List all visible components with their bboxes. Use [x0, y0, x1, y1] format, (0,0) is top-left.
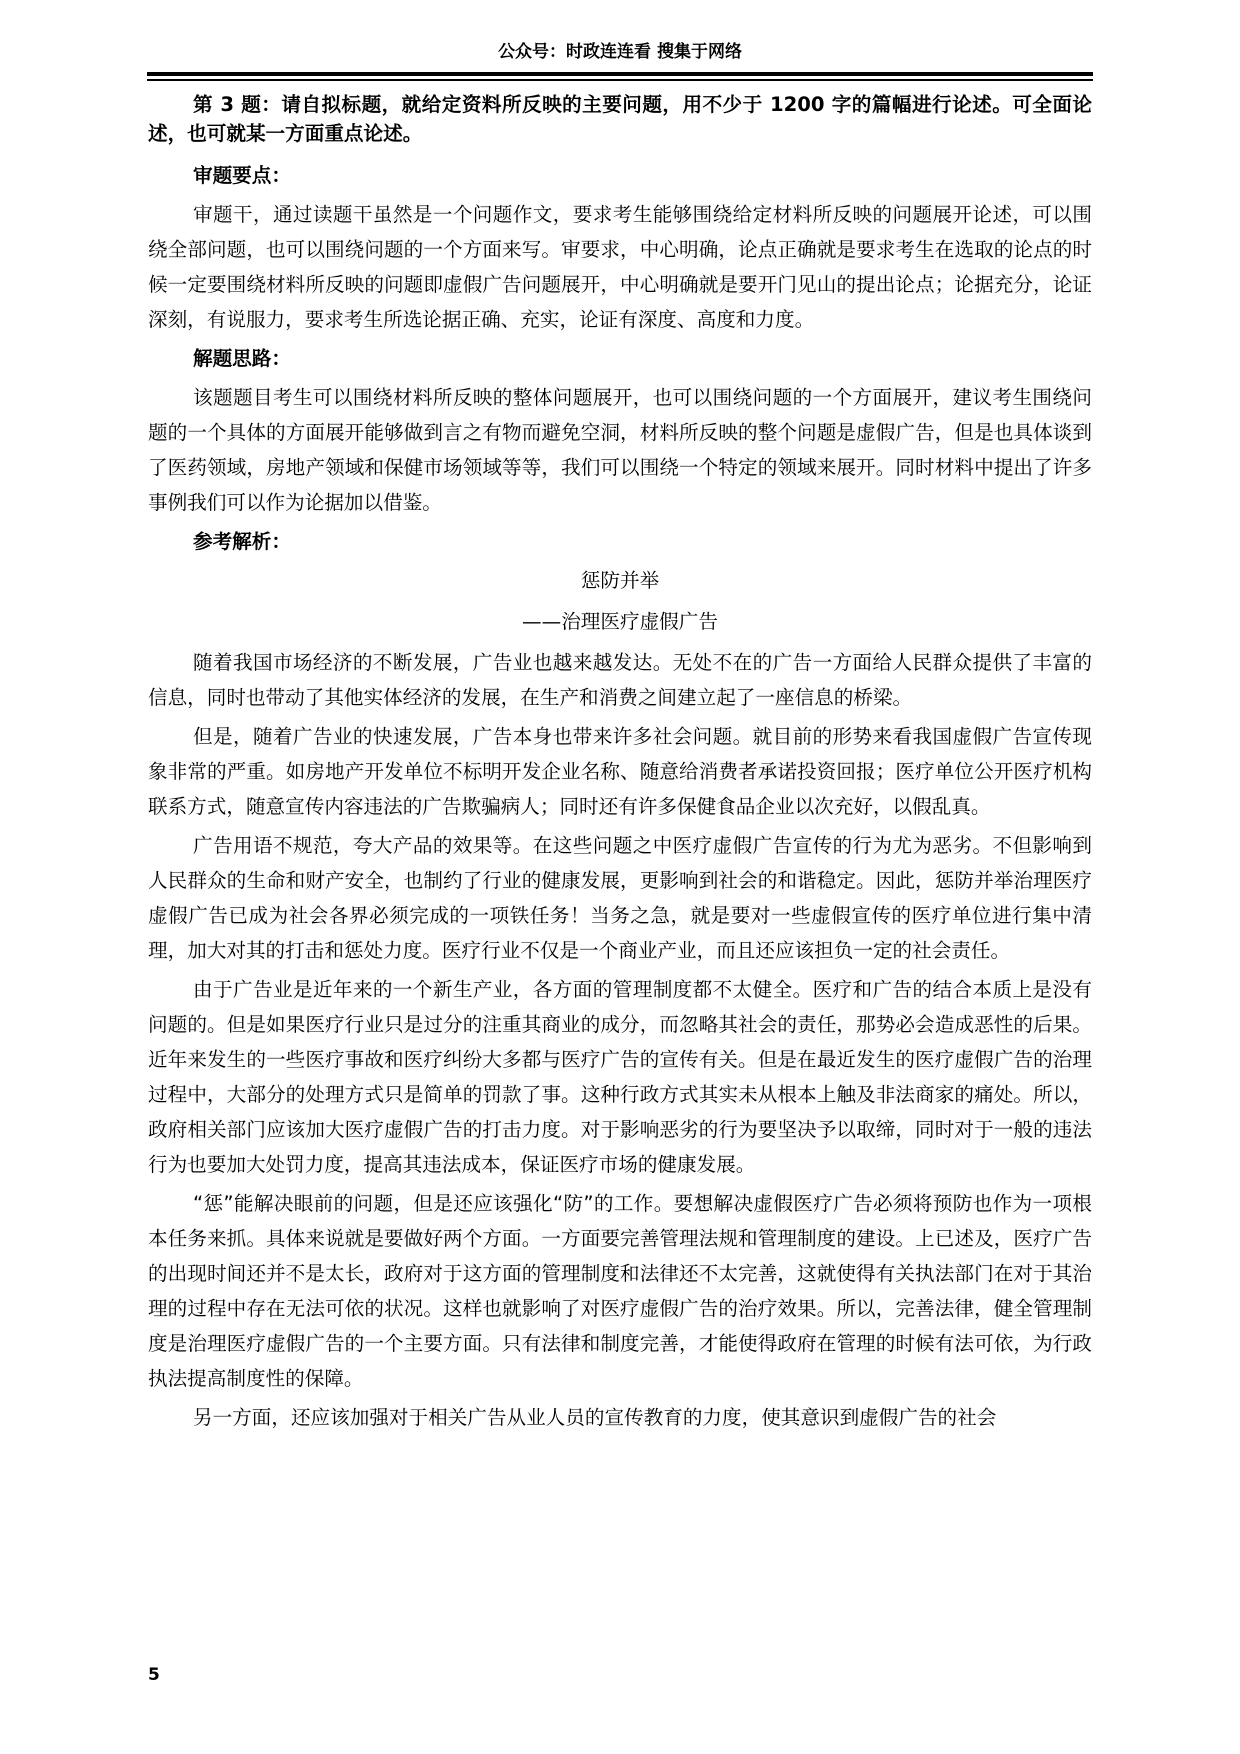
key-points-paragraph: 审题干，通过读题干虽然是一个问题作文，要求考生能够围绕给定材料所反映的问题展开论… [148, 197, 1092, 337]
essay-paragraph: 广告用语不规范，夸大产品的效果等。在这些问题之中医疗虚假广告宣传的行为尤为恶劣。… [148, 828, 1092, 968]
header-rule-thick [147, 72, 1093, 76]
essay-paragraph: 另一方面，还应该加强对于相关广告从业人员的宣传教育的力度，使其意识到虚假广告的社… [148, 1400, 1092, 1435]
essay-subtitle: ——治理医疗虚假广告 [148, 604, 1092, 639]
page-header: 公众号：时政连连看 搜集于网络 [147, 40, 1093, 64]
document-body: 第 3 题：请自拟标题，就给定资料所反映的主要问题，用不少于 1200 字的篇幅… [148, 90, 1092, 1439]
section-heading-approach: 解题思路： [148, 341, 1092, 376]
section-heading-reference-answer: 参考解析： [148, 524, 1092, 559]
question-prompt: 第 3 题：请自拟标题，就给定资料所反映的主要问题，用不少于 1200 字的篇幅… [148, 90, 1092, 148]
essay-paragraph: 由于广告业是近年来的一个新生产业，各方面的管理制度都不太健全。医疗和广告的结合本… [148, 972, 1092, 1182]
page-number: 5 [148, 1664, 160, 1686]
header-rule-thin [147, 79, 1093, 81]
approach-paragraph: 该题题目考生可以围绕材料所反映的整体问题展开，也可以围绕问题的一个方面展开，建议… [148, 380, 1092, 520]
essay-paragraph: 随着我国市场经济的不断发展，广告业也越来越发达。无处不在的广告一方面给人民群众提… [148, 645, 1092, 715]
section-heading-key-points: 审题要点： [148, 158, 1092, 193]
essay-paragraph: 但是，随着广告业的快速发展，广告本身也带来许多社会问题。就目前的形势来看我国虚假… [148, 719, 1092, 824]
essay-paragraph: “惩”能解决眼前的问题，但是还应该强化“防”的工作。要想解决虚假医疗广告必须将预… [148, 1186, 1092, 1396]
essay-title: 惩防并举 [148, 563, 1092, 598]
